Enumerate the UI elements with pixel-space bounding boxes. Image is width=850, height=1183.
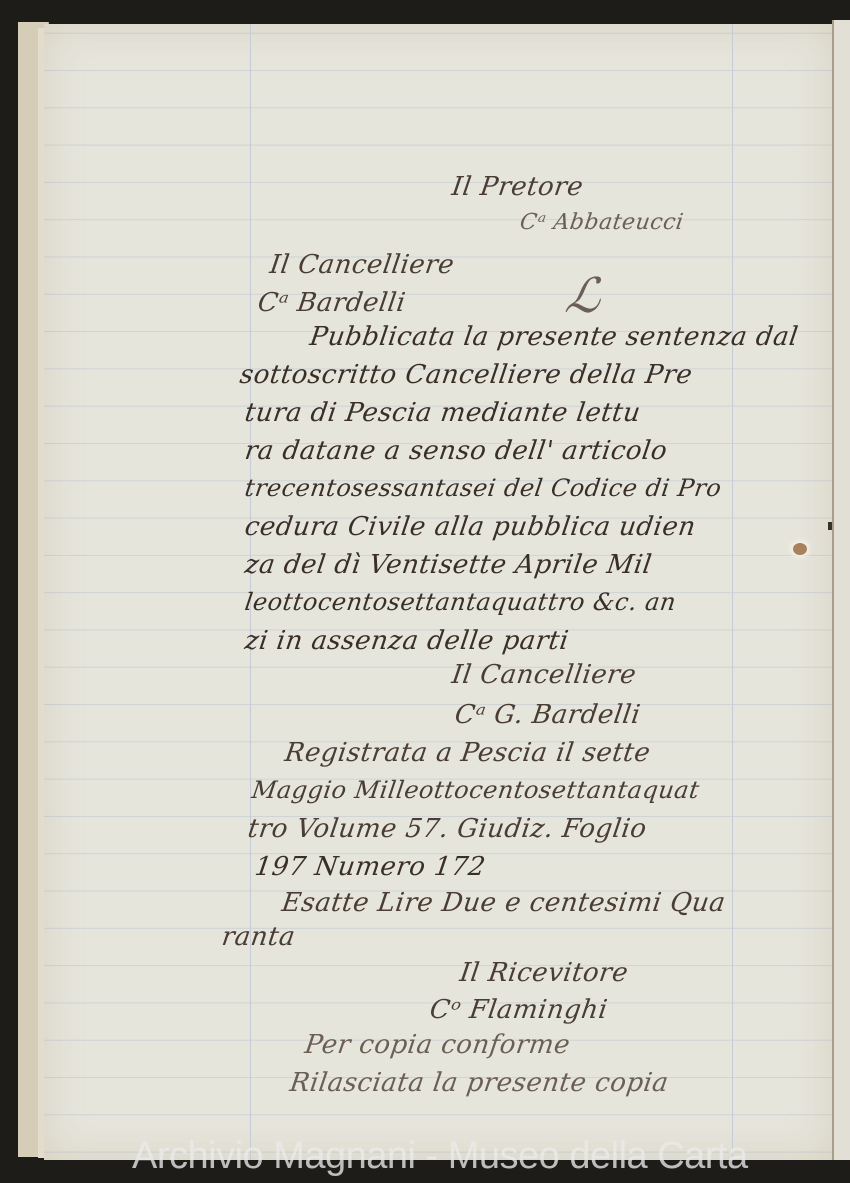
paper-stain-mark (793, 543, 807, 555)
body-line: tura di Pescia mediante lettu (243, 398, 643, 428)
line-ricevitore-title: Il Ricevitore (458, 958, 630, 988)
right-margin-rule (732, 24, 733, 1160)
body-line: Pubblicata la presente sentenza dal (308, 322, 800, 352)
line-pretore-signature: Cᵃ Abbateucci (518, 210, 685, 235)
line-cancelliere-title-2: Il Cancelliere (450, 660, 638, 690)
line-cancelliere-signature: Cᵃ Bardelli (256, 288, 408, 318)
line-pretore-title: Il Pretore (450, 172, 585, 202)
body-line: cedura Civile alla pubblica udien (243, 512, 698, 542)
line-ricevitore-signature: Cᵒ Flaminghi (428, 995, 610, 1025)
edge-ink-mark (828, 522, 832, 530)
body-line: trecentosessantasei del Codice di Pro (243, 474, 723, 502)
body-line: za del dì Ventisette Aprile Mil (243, 550, 654, 580)
registration-line: 197 Numero 172 (253, 852, 488, 882)
copy-conforme-line: Per copia conforme (303, 1030, 572, 1060)
registration-line: Registrata a Pescia il sette (283, 738, 652, 768)
archive-watermark: Archivio Magnani - Museo della Carta (132, 1135, 842, 1178)
registration-line: ranta (220, 922, 297, 952)
registration-line: Esatte Lire Due e centesimi Qua (280, 888, 728, 918)
registration-line: Maggio Milleottocentosettantaquat (250, 776, 701, 804)
body-line: leottocentosettantaquattro &c. an (243, 588, 678, 616)
line-cancelliere-signature-2: Cᵃ G. Bardelli (453, 700, 643, 730)
body-line: zi in assenza delle parti (243, 626, 571, 656)
copy-release-line: Rilasciata la presente copia (288, 1068, 671, 1098)
body-line: ra datane a senso dell' articolo (243, 436, 669, 466)
facing-page-edge (832, 20, 850, 1160)
registration-line: tro Volume 57. Giudiz. Foglio (246, 814, 649, 844)
line-cancelliere-title: Il Cancelliere (268, 250, 456, 280)
body-line: sottoscritto Cancelliere della Pre (238, 360, 694, 390)
